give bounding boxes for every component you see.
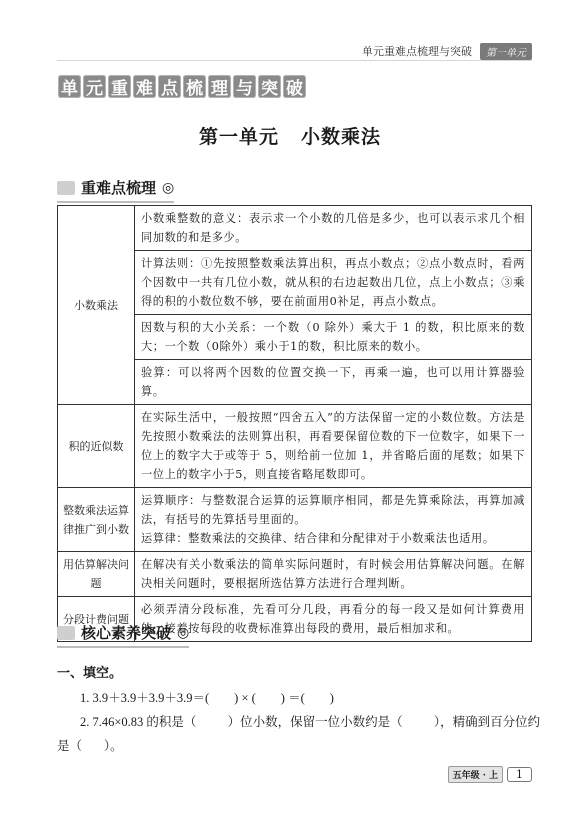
unit-topic: 小数乘法 — [301, 126, 381, 148]
keypoints-table: 小数乘法 小数乘整数的意义：表示求一个小数的几倍是多少，也可以表示求几个相同加数… — [57, 205, 532, 642]
double-circle-icon: ◎ — [162, 180, 174, 196]
section-heading-keypoints: 重难点梳理 ◎ — [57, 177, 174, 203]
content-cell: 验算：可以将两个因数的位置交换一下，再乘一遍，也可以用计算器验算。 — [135, 360, 532, 405]
content-cell: 在解决有关小数乘法的简单实际问题时，有时候会用估算解决问题。在解决相关问题时，要… — [135, 552, 532, 597]
banner-tile: 与 — [233, 75, 256, 98]
running-header: 单元重难点梳理与突破 第一单元 — [57, 40, 532, 61]
topic-cell: 用估算解决问题 — [58, 552, 135, 597]
banner-tile: 突 — [258, 75, 281, 98]
table-row: 整数乘法运算律推广到小数 运算顺序：与整数混合运算的运算顺序相同，都是先算乘除法… — [58, 488, 532, 552]
page-footer: 五年级 · 上 1 — [448, 766, 532, 783]
exercise-heading: 一、填空。 — [57, 662, 122, 681]
page-title: 第一单元小数乘法 — [0, 122, 580, 149]
content-cell: 计算法则：①先按照整数乘法算出积，再点小数点；②点小数点时，看两个因数中一共有几… — [135, 251, 532, 315]
grade-label: 五年级 · 上 — [448, 766, 503, 783]
banner-tile: 破 — [283, 75, 306, 98]
section-label: 核心素养突破 — [81, 622, 171, 643]
unit-label: 第一单元 — [199, 126, 279, 148]
table-row: 小数乘法 小数乘整数的意义：表示求一个小数的几倍是多少，也可以表示求几个相同加数… — [58, 206, 532, 251]
banner-tile: 单 — [58, 75, 81, 98]
banner-tile: 难 — [133, 75, 156, 98]
table-row: 用估算解决问题 在解决有关小数乘法的简单实际问题时，有时候会用估算解决问题。在解… — [58, 552, 532, 597]
banner-tile: 点 — [158, 75, 181, 98]
unit-badge: 第一单元 — [480, 43, 532, 60]
section-label: 重难点梳理 — [81, 177, 156, 198]
banner-tile: 理 — [208, 75, 231, 98]
content-cell: 必须弄清分段标准，先看可分几段，再看分的每一段又是如何计算费用的，接着按每段的收… — [135, 597, 532, 642]
content-cell: 小数乘整数的意义：表示求一个小数的几倍是多少，也可以表示求几个相同加数的和是多少… — [135, 206, 532, 251]
banner-tile: 梳 — [183, 75, 206, 98]
table-row: 积的近似数 在实际生活中，一般按照“四舍五入”的方法保留一定的小数位数。方法是先… — [58, 405, 532, 488]
content-cell: 因数与积的大小关系：一个数（0 除外）乘大于 1 的数，积比原来的数大；一个数（… — [135, 315, 532, 360]
page-number: 1 — [507, 767, 532, 782]
content-cell: 在实际生活中，一般按照“四舍五入”的方法保留一定的小数位数。方法是先按照小数乘法… — [135, 405, 532, 488]
question-2-line-2: 是（ ）。 — [57, 736, 123, 754]
section-heading-core: 核心素养突破 ◎ — [57, 622, 189, 648]
book-icon — [57, 181, 75, 195]
double-circle-icon: ◎ — [177, 625, 189, 641]
content-cell: 运算顺序：与整数混合运算的运算顺序相同，都是先算乘除法，再算加减法，有括号的先算… — [135, 488, 532, 552]
running-header-title: 单元重难点梳理与突破 — [362, 43, 472, 59]
question-2-line-1: 2. 7.46×0.83 的积是（ ）位小数，保留一位小数约是（ ），精确到百分… — [80, 712, 540, 730]
banner-tile: 元 — [83, 75, 106, 98]
section-banner: 单 元 重 难 点 梳 理 与 突 破 — [58, 75, 306, 98]
topic-cell: 整数乘法运算律推广到小数 — [58, 488, 135, 552]
banner-tile: 重 — [108, 75, 131, 98]
topic-cell: 积的近似数 — [58, 405, 135, 488]
question-1: 1. 3.9＋3.9＋3.9＋3.9＝( ) × ( ) ＝( ) — [80, 688, 334, 706]
puzzle-icon — [57, 626, 75, 640]
document-page: 单元重难点梳理与突破 第一单元 单 元 重 难 点 梳 理 与 突 破 第一单元… — [0, 0, 580, 815]
topic-cell: 小数乘法 — [58, 206, 135, 405]
